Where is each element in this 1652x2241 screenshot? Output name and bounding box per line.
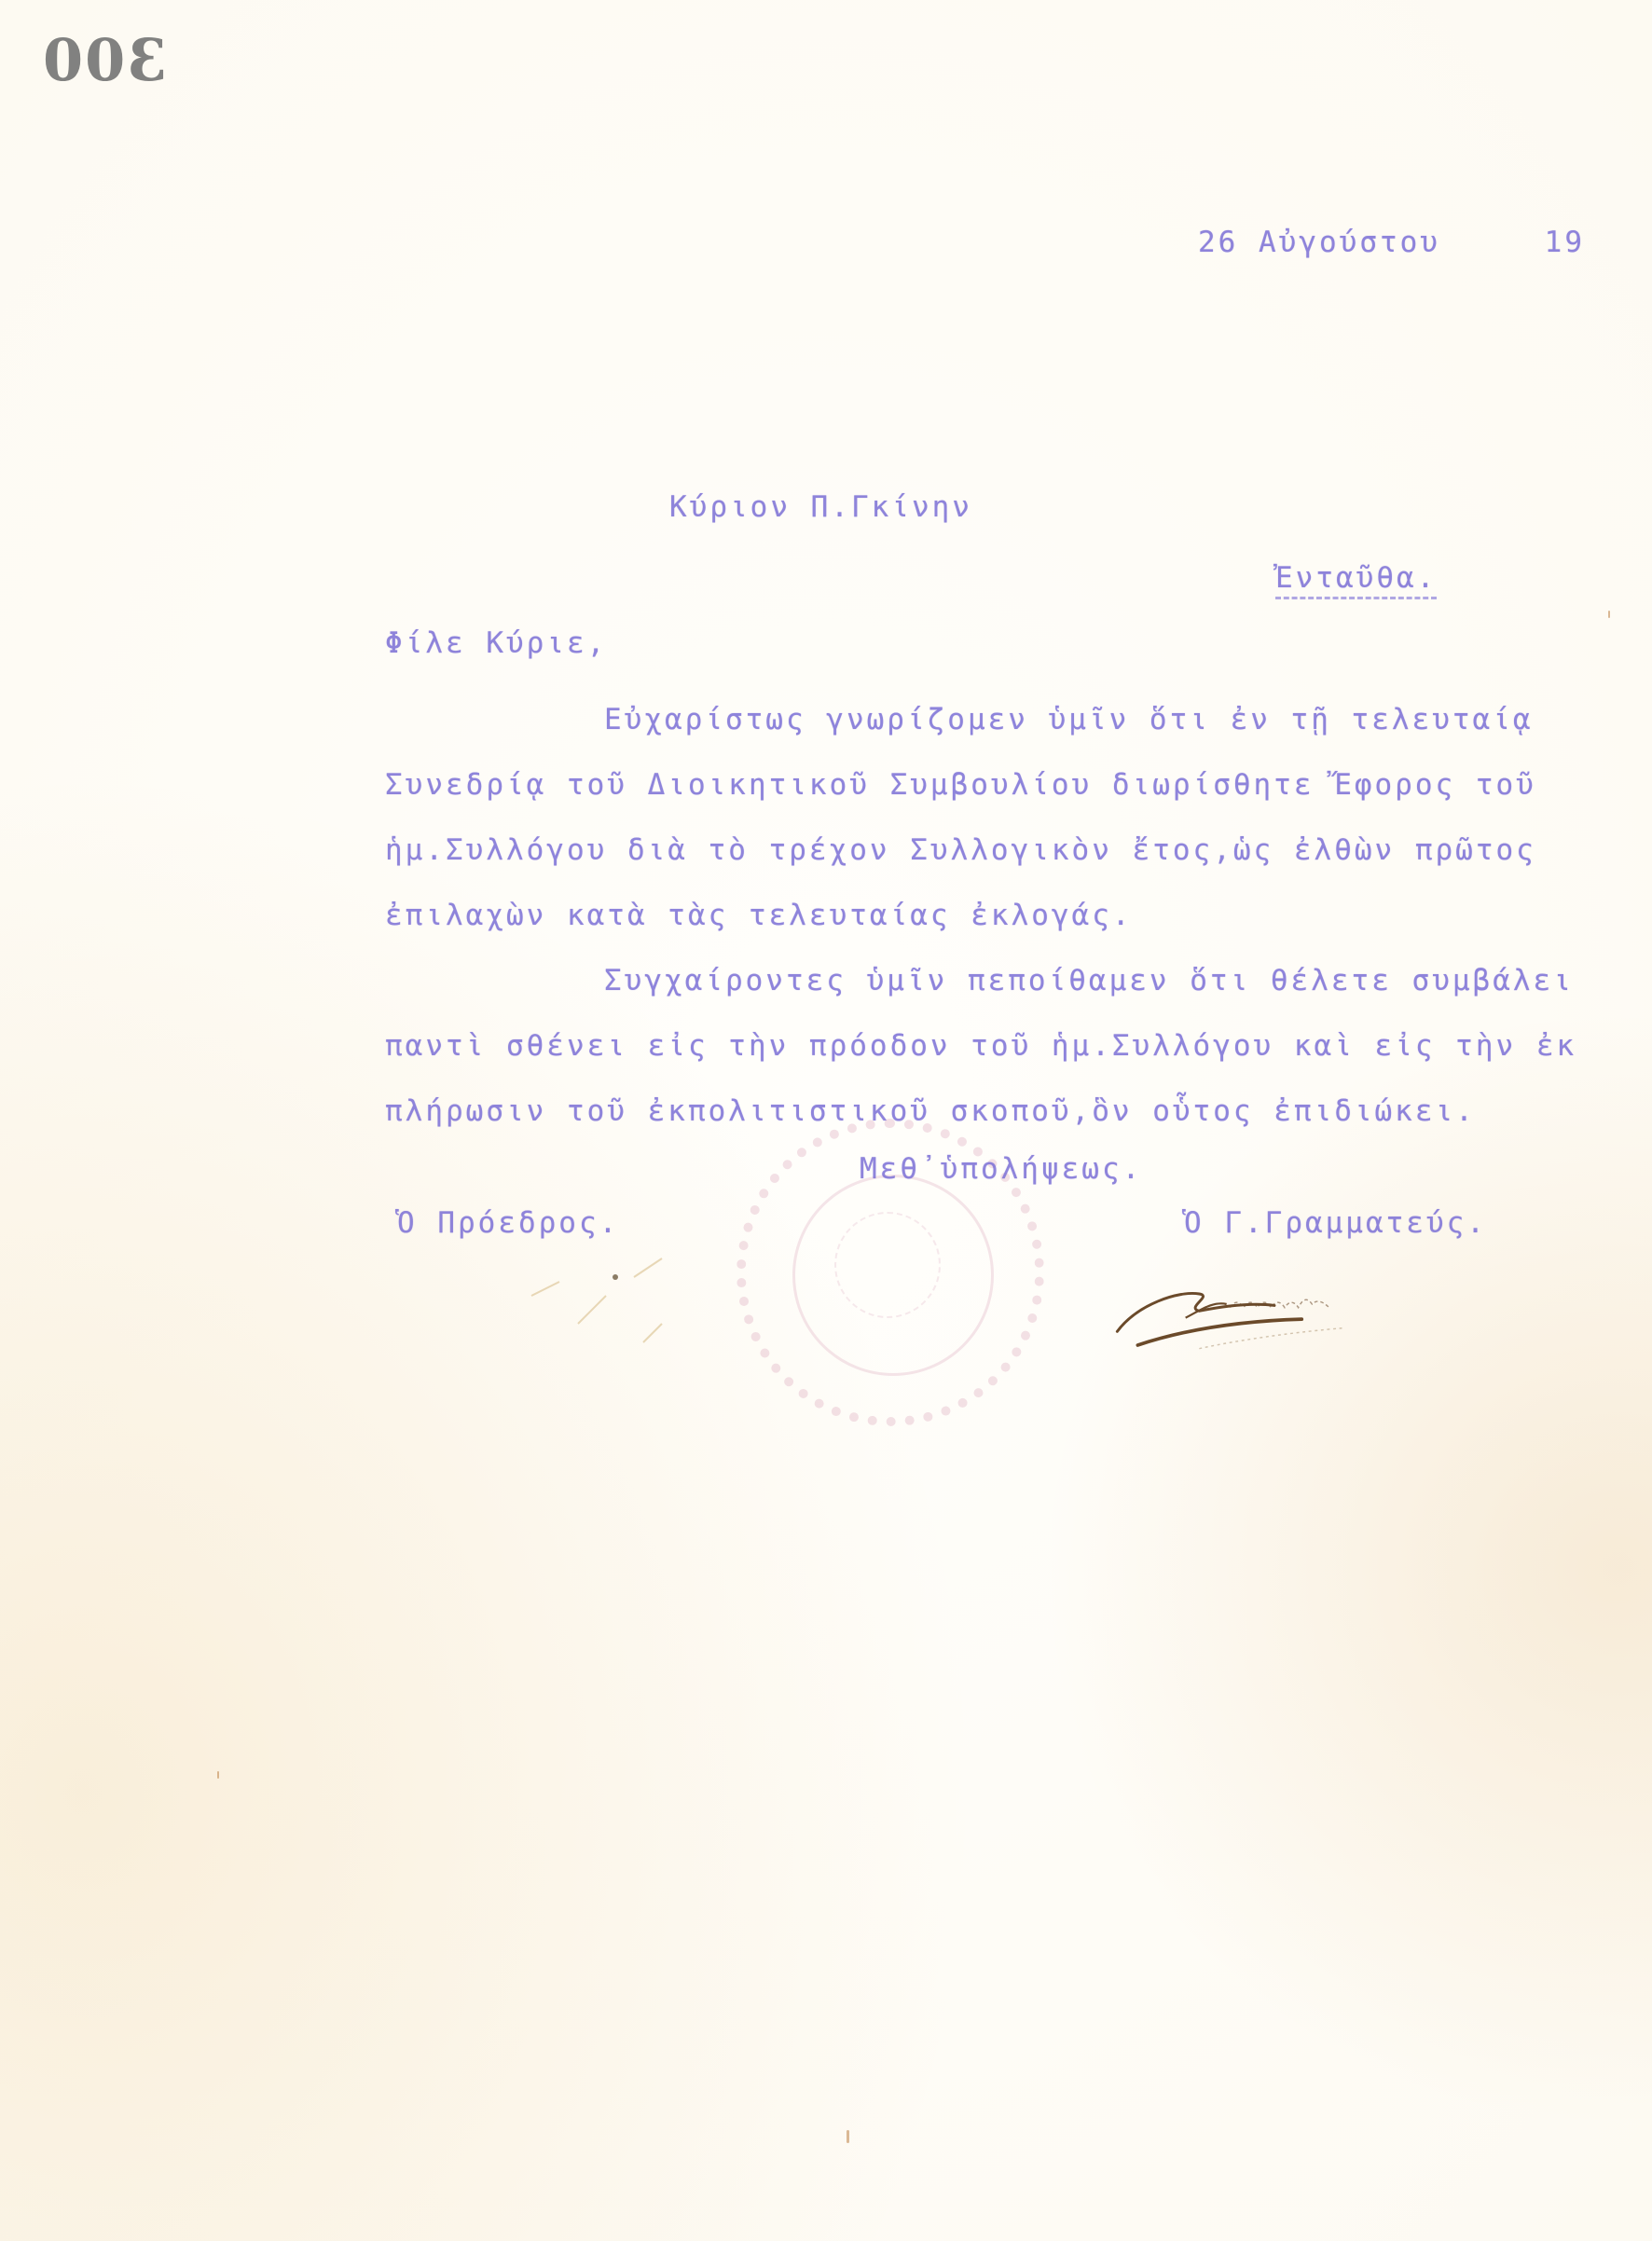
signatory-secretary: Ὁ Γ.Γραμματεύς. — [1184, 1206, 1487, 1240]
handwritten-signature-icon — [1049, 1263, 1459, 1366]
recipient-location: Ἐνταῦθα. — [1275, 561, 1437, 599]
paper-blemish — [1608, 611, 1610, 618]
body-line: ἡμ.Συλλόγου διὰ τὸ τρέχον Συλλογικὸν ἔτο… — [385, 833, 1536, 867]
letter-page: 300 26 Αὐγούστου 19 Κύριον Π.Γκίνην Ἐντα… — [0, 0, 1652, 2241]
date-month: Αὐγούστου — [1259, 226, 1440, 259]
date-day: 26 — [1198, 226, 1238, 259]
salutation: Φίλε Κύριε, — [385, 626, 607, 660]
paper-blemish — [847, 2130, 849, 2143]
body-line: Συγχαίροντες ὑμῖν πεποίθαμεν ὅτι θέλετε … — [604, 964, 1574, 997]
body-line: Συνεδρίᾳ τοῦ Διοικητικοῦ Συμβουλίου διωρ… — [385, 768, 1536, 802]
recipient-name: Κύριον Π.Γκίνην — [669, 490, 972, 524]
faint-signature-icon — [522, 1240, 690, 1352]
body-line: ἐπιλαχὼν κατὰ τὰς τελευταίας ἐκλογάς. — [385, 899, 1133, 932]
date-year: 19 — [1545, 226, 1585, 259]
body-line: πλήρωσιν τοῦ ἐκπολιτιστικοῦ σκοποῦ,ὃν οὗ… — [385, 1094, 1476, 1128]
closing-phrase: Μεθ᾽ὑπολήψεως. — [860, 1152, 1142, 1186]
paper-blemish — [217, 1771, 219, 1779]
archive-number-stamp: 300 — [41, 26, 167, 94]
signatory-president: Ὁ Πρόεδρος. — [397, 1206, 619, 1240]
letter-date: 26 Αὐγούστου 19 — [1198, 226, 1585, 259]
body-line: Εὐχαρίστως γνωρίζομεν ὑμῖν ὅτι ἐν τῇ τελ… — [604, 703, 1534, 736]
body-line: παντὶ σθένει εἰς τὴν πρόοδον τοῦ ἡμ.Συλλ… — [385, 1029, 1576, 1063]
